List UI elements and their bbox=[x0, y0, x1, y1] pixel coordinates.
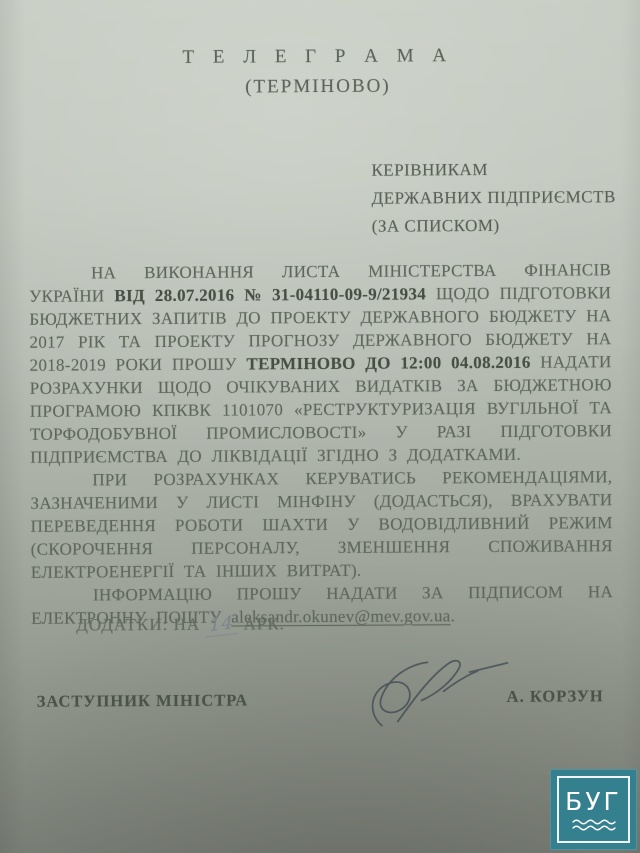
attachments-suffix: АРК. bbox=[243, 614, 284, 633]
recipient-block: КЕРІВНИКАМ ДЕРЖАВНИХ ПІДПРИЄМСТВ (ЗА СПИ… bbox=[371, 155, 616, 240]
recipient-line: КЕРІВНИКАМ bbox=[371, 155, 615, 184]
document-title: Т Е Л Е Г Р А М А bbox=[0, 44, 638, 70]
letter-reference-bold: ВІД 28.07.2016 № 31-04110-09-9/21934 bbox=[114, 284, 426, 305]
recipient-line: (ЗА СПИСКОМ) bbox=[372, 211, 616, 240]
signer-name: А. КОРЗУН bbox=[507, 686, 604, 707]
attachments-label: ДОДАТКИ: НА bbox=[76, 615, 200, 635]
signer-title: ЗАСТУПНИК МІНІСТРА bbox=[37, 690, 249, 711]
paragraph-1: НА ВИКОНАННЯ ЛИСТА МІНІСТЕРСТВА ФІНАНСІВ… bbox=[29, 258, 612, 469]
waves-icon bbox=[570, 817, 618, 833]
letter-body: НА ВИКОНАННЯ ЛИСТА МІНІСТЕРСТВА ФІНАНСІВ… bbox=[29, 258, 613, 630]
recipient-line: ДЕРЖАВНИХ ПІДПРИЄМСТВ bbox=[372, 183, 616, 212]
watermark-frame: БУГ bbox=[557, 776, 630, 843]
handwritten-page-count: 14 bbox=[205, 612, 238, 638]
watermark-logo: БУГ bbox=[550, 769, 637, 850]
watermark-text: БУГ bbox=[565, 789, 622, 814]
paragraph-2: ПРИ РОЗРАХУНКАХ КЕРУВАТИСЬ РЕКОМЕНДАЦІЯМ… bbox=[30, 465, 613, 584]
document-photo: Т Е Л Е Г Р А М А (ТЕРМІНОВО) КЕРІВНИКАМ… bbox=[0, 0, 640, 853]
document-subtitle: (ТЕРМІНОВО) bbox=[0, 74, 638, 100]
attachments-line: ДОДАТКИ: НА 14 АРК. bbox=[76, 613, 285, 636]
telegram-document: Т Е Л Е Г Р А М А (ТЕРМІНОВО) КЕРІВНИКАМ… bbox=[0, 0, 640, 853]
deadline-bold: ТЕРМІНОВО ДО 12:00 04.08.2016 bbox=[246, 353, 530, 374]
paragraph-3-text: . bbox=[451, 606, 456, 625]
